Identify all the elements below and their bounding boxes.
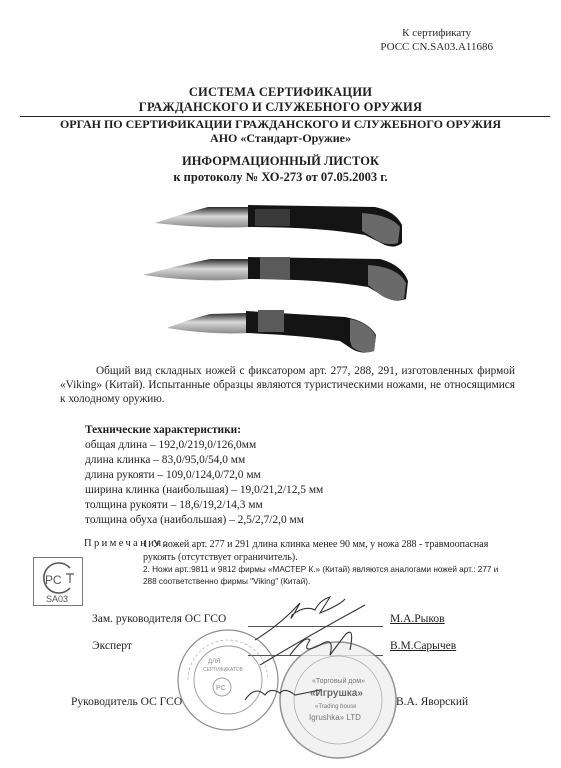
spec-item: общая длина – 192,0/219,0/126,0мм [85,438,323,453]
svg-text:СЕРТИФИКАТОВ: СЕРТИФИКАТОВ [203,667,244,673]
svg-text:«Игрушка»: «Игрушка» [310,688,363,699]
system-header: СИСТЕМА СЕРТИФИКАЦИИ ГРАЖДАНСКОГО И СЛУЖ… [0,85,561,115]
specs-heading: Технические характеристики: [85,423,323,438]
spec-item: ширина клинка (наибольшая) – 19,0/21,2/1… [85,483,323,498]
system-title-line-2: ГРАЖДАНСКОГО И СЛУЖЕБНОГО ОРУЖИЯ [0,100,561,115]
reference-line-2: РОСС CN.SA03.A11686 [380,40,493,54]
certification-mark: РС SA03 [33,557,83,606]
spec-item: длина клинка – 83,0/95,0/54,0 мм [85,453,323,468]
left-stamp: ДЛЯ СЕРТИФИКАТОВ РС [178,630,278,730]
organ-name: АНО «Стандарт-Оружие» [0,131,561,145]
note-2: 2. Ножи арт.:9811 и 9812 фирмы «МАСТЕР К… [143,564,513,588]
mark-code: SA03 [46,594,68,604]
right-stamp: «Торговый дом» «Игрушка» «Trading house … [280,642,396,758]
svg-text:РС: РС [216,685,226,692]
organ-header: ОРГАН ПО СЕРТИФИКАЦИИ ГРАЖДАНСКОГО И СЛУ… [0,117,561,145]
technical-specs: Технические характеристики: общая длина … [85,423,323,528]
note-1: 1. У ножей арт. 277 и 291 длина клинка м… [143,538,513,564]
certificate-reference: К сертификату РОСС CN.SA03.A11686 [380,26,493,54]
svg-text:«Торговый дом»: «Торговый дом» [312,677,365,685]
system-title-line-1: СИСТЕМА СЕРТИФИКАЦИИ [0,85,561,100]
svg-text:Igrushka» LTD: Igrushka» LTD [309,713,361,722]
knife-2 [143,257,408,301]
notes: 1. У ножей арт. 277 и 291 длина клинка м… [143,538,513,588]
signatory-role-head: Руководитель ОС ГСО [71,696,182,708]
spec-item: толщина обуха (наибольшая) – 2,5/2,7/2,0… [85,513,323,528]
title-line-2: к протоколу № ХО-273 от 07.05.2003 г. [0,169,561,185]
description-paragraph: Общий вид складных ножей с фиксатором ар… [60,364,515,406]
signatory-role-expert: Эксперт [92,640,132,652]
knife-3 [167,310,376,353]
organ-title: ОРГАН ПО СЕРТИФИКАЦИИ ГРАЖДАНСКОГО И СЛУ… [0,117,561,131]
knives-photo [140,195,440,355]
stamps-and-signatures: ДЛЯ СЕРТИФИКАТОВ РС «Торговый дом» «Игру… [170,595,430,765]
svg-text:ДЛЯ: ДЛЯ [208,659,220,665]
title-line-1: ИНФОРМАЦИОННЫЙ ЛИСТОК [0,153,561,169]
spec-item: длина рукояти – 109,0/124,0/72,0 мм [85,468,323,483]
spec-item: толщина рукояти – 18,6/19,2/14,3 мм [85,498,323,513]
document-title: ИНФОРМАЦИОННЫЙ ЛИСТОК к протоколу № ХО-2… [0,153,561,185]
reference-line-1: К сертификату [380,26,493,40]
description-text: Общий вид складных ножей с фиксатором ар… [60,365,515,405]
svg-text:«Trading house: «Trading house [315,704,357,710]
rst-logo-icon: РС SA03 [34,558,82,605]
mark-symbol: РС [45,573,62,587]
knife-1 [155,205,402,247]
